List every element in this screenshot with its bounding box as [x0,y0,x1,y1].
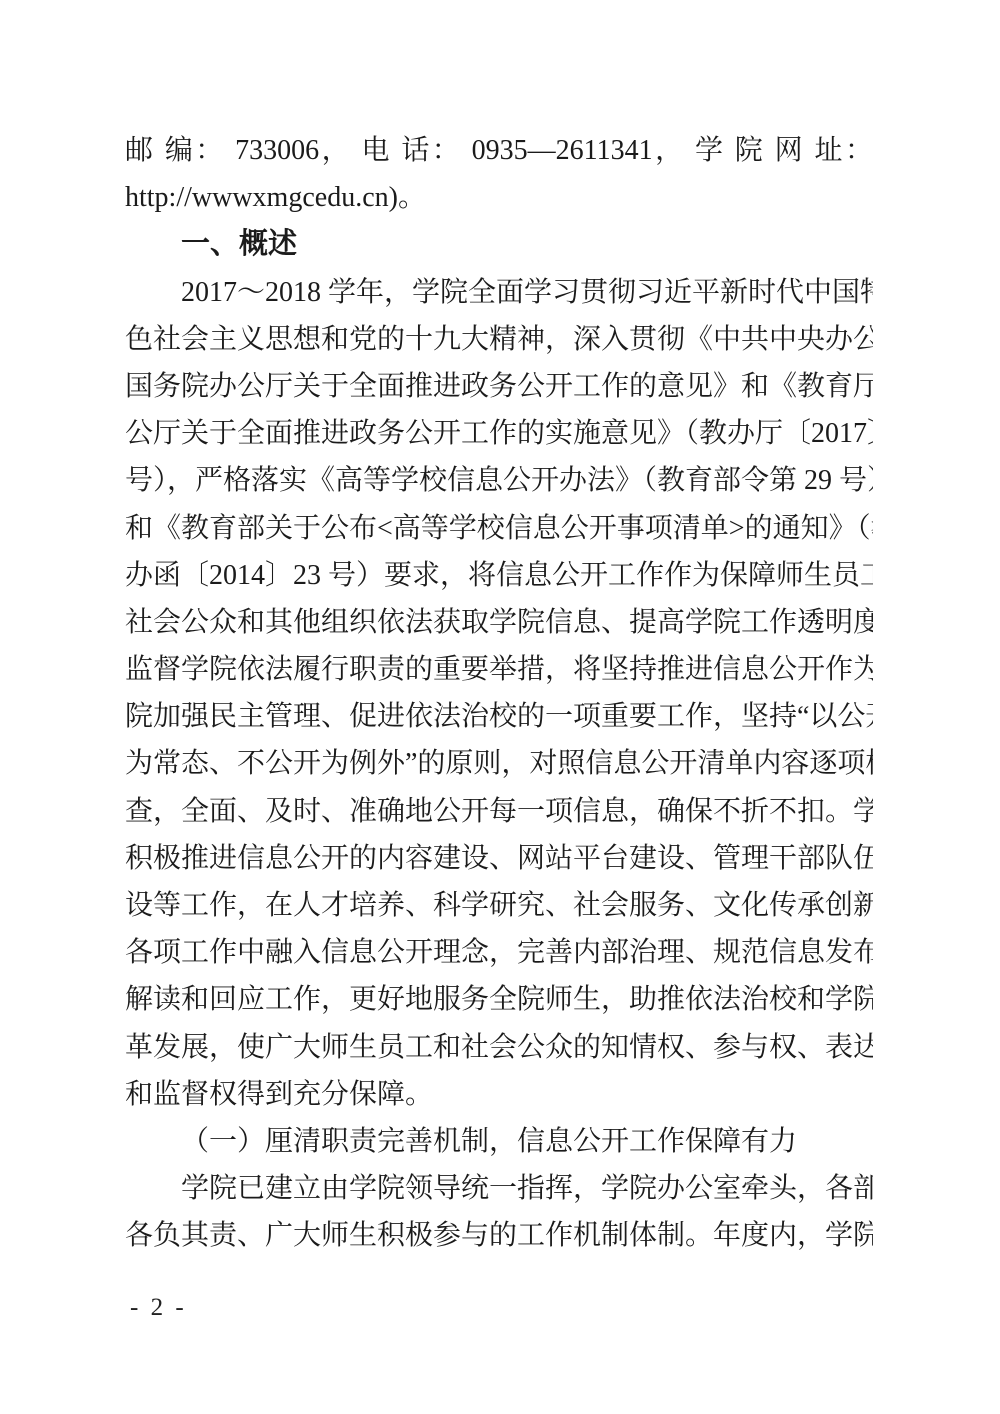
paragraph-line: 设等工作，在人才培养、科学研究、社会服务、文化传承创新等 [125,882,873,929]
paragraph-line: 为常态、不公开为例外”的原则，对照信息公开清单内容逐项检 [125,740,873,787]
paragraph-line: 查，全面、及时、准确地公开每一项信息，确保不折不扣。学院 [125,788,873,835]
paragraph-line: 革发展，使广大师生员工和社会公众的知情权、参与权、表达权 [125,1024,873,1071]
paragraph-line: 号），严格落实《高等学校信息公开办法》（教育部令第 29 号） [125,457,873,504]
paragraph-line: 色社会主义思想和党的十九大精神，深入贯彻《中共中央办公厅 [125,316,873,363]
paragraph-line: 监督学院依法履行职责的重要举措，将坚持推进信息公开作为学 [125,646,873,693]
paragraph-line: 国务院办公厅关于全面推进政务公开工作的意见》和《教育厅办 [125,363,873,410]
paragraph-line: 2017～2018 学年，学院全面学习贯彻习近平新时代中国特 [125,269,873,316]
paragraph-end-line: 和监督权得到充分保障。 [125,1071,873,1118]
paragraph-line: 解读和回应工作，更好地服务全院师生，助推依法治校和学院改 [125,976,873,1023]
section-heading: 一、概述 [125,221,873,268]
paragraph-line: 社会公众和其他组织依法获取学院信息、提高学院工作透明度、 [125,599,873,646]
paragraph-line: 院加强民主管理、促进依法治校的一项重要工作，坚持“以公开 [125,693,873,740]
document-page: 邮 编： 733006， 电 话： 0935—2611341， 学 院 网 址：… [0,0,1000,1414]
paragraph-line: 学院已建立由学院领导统一指挥，学院办公室牵头，各部门 [125,1165,873,1212]
website-url-line: http://wwwxmgcedu.cn)。 [125,174,873,221]
paragraph-line: 各项工作中融入信息公开理念，完善内部治理、规范信息发布、 [125,929,873,976]
paragraph-line: 和《教育部关于公布<高等学校信息公开事项清单>的通知》（教 [125,505,873,552]
paragraph-line: 各负其责、广大师生积极参与的工作机制体制。年度内，学院在 [125,1212,873,1259]
paragraph-line: 办函〔2014〕23 号）要求，将信息公开工作作为保障师生员工、 [125,552,873,599]
paragraph-line: 积极推进信息公开的内容建设、网站平台建设、管理干部队伍建 [125,835,873,882]
page-number: - 2 - [130,1292,187,1324]
paragraph-line: 公厅关于全面推进政务公开工作的实施意见》（教办厅〔2017〕3 [125,410,873,457]
subsection-heading: （一）厘清职责完善机制，信息公开工作保障有力 [125,1118,873,1165]
contact-info-line: 邮 编： 733006， 电 话： 0935—2611341， 学 院 网 址： [125,127,873,174]
document-body: 邮 编： 733006， 电 话： 0935—2611341， 学 院 网 址：… [125,127,873,1260]
